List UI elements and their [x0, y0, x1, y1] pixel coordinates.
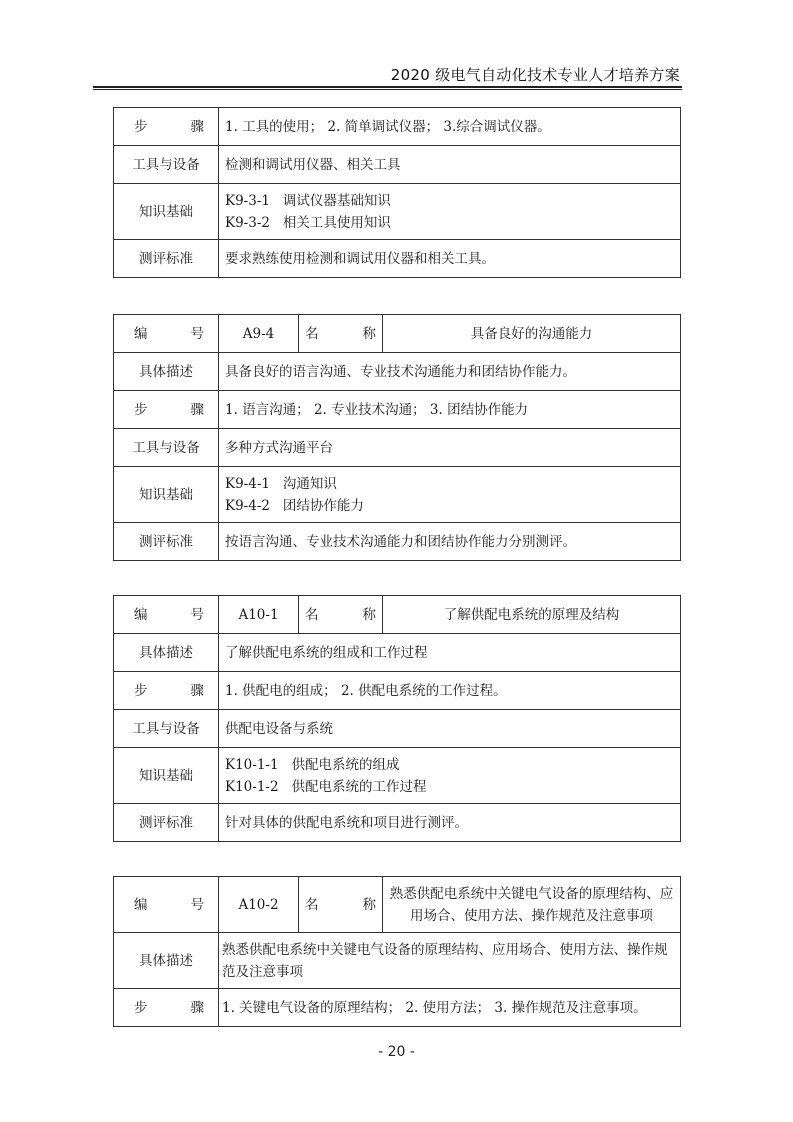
row-code-name: 编号 A10-2 名称 熟悉供配电系统中关键电气设备的原理结构、应用场合、使用方… — [114, 877, 681, 933]
label-name: 名称 — [299, 315, 383, 353]
row-steps: 步骤 1. 关键电气设备的原理结构； 2. 使用方法； 3. 操作规范及注意事项… — [114, 989, 681, 1027]
row-code-name: 编号 A10-1 名称 了解供配电系统的原理及结构 — [114, 596, 681, 634]
value-name: 具备良好的沟通能力 — [383, 315, 681, 353]
label-knowledge: 知识基础 — [114, 184, 219, 240]
knowledge-item: K10-1-2 供配电系统的工作过程 — [225, 776, 674, 798]
label-steps: 步骤 — [114, 391, 219, 429]
label-knowledge: 知识基础 — [114, 748, 219, 804]
label-steps: 步骤 — [114, 672, 219, 710]
label-steps: 步骤 — [114, 108, 219, 146]
value-knowledge: K10-1-1 供配电系统的组成 K10-1-2 供配电系统的工作过程 — [219, 748, 681, 804]
value-knowledge: K9-4-1 沟通知识 K9-4-2 团结协作能力 — [219, 467, 681, 523]
value-description: 熟悉供配电系统中关键电气设备的原理结构、应用场合、使用方法、操作规范及注意事项 — [219, 933, 681, 989]
value-steps: 1. 供配电的组成； 2. 供配电系统的工作过程。 — [219, 672, 681, 710]
row-steps: 步骤 1. 语言沟通； 2. 专业技术沟通； 3. 团结协作能力 — [114, 391, 681, 429]
skill-table-a10-2: 编号 A10-2 名称 熟悉供配电系统中关键电气设备的原理结构、应用场合、使用方… — [113, 876, 681, 1027]
label-tools: 工具与设备 — [114, 429, 219, 467]
skill-table-a10-1: 编号 A10-1 名称 了解供配电系统的原理及结构 具体描述 了解供配电系统的组… — [113, 595, 681, 842]
value-code: A10-2 — [219, 877, 299, 933]
knowledge-item: K9-4-1 沟通知识 — [225, 473, 674, 495]
value-name: 了解供配电系统的原理及结构 — [383, 596, 681, 634]
label-code: 编号 — [114, 877, 219, 933]
row-knowledge: 知识基础 K9-4-1 沟通知识 K9-4-2 团结协作能力 — [114, 467, 681, 523]
document-header-title: 2020 级电气自动化技术专业人才培养方案 — [391, 64, 680, 85]
row-knowledge: 知识基础 K9-3-1 调试仪器基础知识 K9-3-2 相关工具使用知识 — [114, 184, 681, 240]
value-evaluation: 要求熟练使用检测和调试用仪器和相关工具。 — [219, 240, 681, 278]
label-code: 编号 — [114, 315, 219, 353]
value-tools: 供配电设备与系统 — [219, 710, 681, 748]
knowledge-item: K10-1-1 供配电系统的组成 — [225, 754, 674, 776]
row-tools: 工具与设备 供配电设备与系统 — [114, 710, 681, 748]
row-code-name: 编号 A9-4 名称 具备良好的沟通能力 — [114, 315, 681, 353]
label-description: 具体描述 — [114, 634, 219, 672]
value-name: 熟悉供配电系统中关键电气设备的原理结构、应用场合、使用方法、操作规范及注意事项 — [383, 877, 681, 933]
value-steps: 1. 工具的使用； 2. 简单调试仪器； 3.综合调试仪器。 — [219, 108, 681, 146]
label-steps: 步骤 — [114, 989, 219, 1027]
row-description: 具体描述 具备良好的语言沟通、专业技术沟通能力和团结协作能力。 — [114, 353, 681, 391]
header-double-rule — [93, 86, 682, 90]
label-description: 具体描述 — [114, 933, 219, 989]
label-tools: 工具与设备 — [114, 146, 219, 184]
label-evaluation: 测评标准 — [114, 804, 219, 842]
label-description: 具体描述 — [114, 353, 219, 391]
value-description: 具备良好的语言沟通、专业技术沟通能力和团结协作能力。 — [219, 353, 681, 391]
knowledge-item: K9-3-2 相关工具使用知识 — [225, 212, 674, 234]
value-evaluation: 针对具体的供配电系统和项目进行测评。 — [219, 804, 681, 842]
skill-table-continued: 步骤 1. 工具的使用； 2. 简单调试仪器； 3.综合调试仪器。 工具与设备 … — [113, 107, 681, 278]
row-evaluation: 测评标准 针对具体的供配电系统和项目进行测评。 — [114, 804, 681, 842]
row-evaluation: 测评标准 要求熟练使用检测和调试用仪器和相关工具。 — [114, 240, 681, 278]
knowledge-item: K9-3-1 调试仪器基础知识 — [225, 190, 674, 212]
value-steps: 1. 关键电气设备的原理结构； 2. 使用方法； 3. 操作规范及注意事项。 — [219, 989, 681, 1027]
label-code: 编号 — [114, 596, 219, 634]
value-steps: 1. 语言沟通； 2. 专业技术沟通； 3. 团结协作能力 — [219, 391, 681, 429]
label-tools: 工具与设备 — [114, 710, 219, 748]
row-tools: 工具与设备 检测和调试用仪器、相关工具 — [114, 146, 681, 184]
row-description: 具体描述 了解供配电系统的组成和工作过程 — [114, 634, 681, 672]
value-code: A9-4 — [219, 315, 299, 353]
row-evaluation: 测评标准 按语言沟通、专业技术沟通能力和团结协作能力分别测评。 — [114, 523, 681, 561]
knowledge-item: K9-4-2 团结协作能力 — [225, 495, 674, 517]
value-tools: 检测和调试用仪器、相关工具 — [219, 146, 681, 184]
value-description: 了解供配电系统的组成和工作过程 — [219, 634, 681, 672]
skill-table-a9-4: 编号 A9-4 名称 具备良好的沟通能力 具体描述 具备良好的语言沟通、专业技术… — [113, 314, 681, 561]
value-code: A10-1 — [219, 596, 299, 634]
value-knowledge: K9-3-1 调试仪器基础知识 K9-3-2 相关工具使用知识 — [219, 184, 681, 240]
value-evaluation: 按语言沟通、专业技术沟通能力和团结协作能力分别测评。 — [219, 523, 681, 561]
page-number: - 20 - — [0, 1044, 793, 1060]
row-steps: 步骤 1. 工具的使用； 2. 简单调试仪器； 3.综合调试仪器。 — [114, 108, 681, 146]
row-steps: 步骤 1. 供配电的组成； 2. 供配电系统的工作过程。 — [114, 672, 681, 710]
label-evaluation: 测评标准 — [114, 240, 219, 278]
row-description: 具体描述 熟悉供配电系统中关键电气设备的原理结构、应用场合、使用方法、操作规范及… — [114, 933, 681, 989]
row-tools: 工具与设备 多种方式沟通平台 — [114, 429, 681, 467]
row-knowledge: 知识基础 K10-1-1 供配电系统的组成 K10-1-2 供配电系统的工作过程 — [114, 748, 681, 804]
label-name: 名称 — [299, 596, 383, 634]
label-name: 名称 — [299, 877, 383, 933]
value-tools: 多种方式沟通平台 — [219, 429, 681, 467]
label-evaluation: 测评标准 — [114, 523, 219, 561]
label-knowledge: 知识基础 — [114, 467, 219, 523]
